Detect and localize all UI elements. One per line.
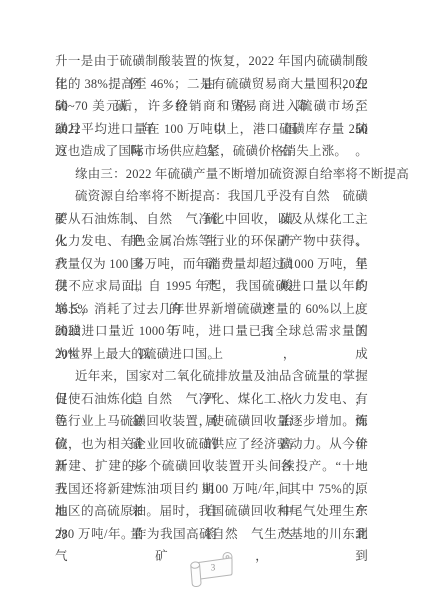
document-line: 地区的高硫原油。届时，我国硫磺回收和尾气处理生产力量将达到 xyxy=(55,500,368,523)
document-line: 50~70 美元后，许多经销商和贸易商进入硫磺市场，2022 年中国硫 xyxy=(55,95,368,118)
document-line: 升一是由于硫磺制酸装置的恢复，2022 年国内硫磺制酸比例由 2022 xyxy=(55,50,368,73)
document-line: 供不应求局面。自 1995 年起，我国硫磺进口量以年均 36.5%的速度 xyxy=(55,275,368,298)
document-line: 磺月平均进口量在 100 万吨以上，港口硫磺库存量 250 万吨左右。 xyxy=(55,118,368,141)
scroll-banner-icon: 3 xyxy=(185,549,239,593)
document-line: 硫磺进口量近 1000 万吨，进口量已占全球总需求量的 20%以上，成 xyxy=(55,320,368,343)
document-line: 增长，消耗了过去几年世界新增硫磺产量的 60%以上。2022 年我国 xyxy=(55,298,368,321)
page-number-ornament: 3 xyxy=(185,549,239,593)
document-line: 位，也为相关企业回收硫磺供应了经济驱动力。从今年开头，各地 xyxy=(55,433,368,456)
document-heading-line: 缘由三：2022 年硫磺产量不断增加硫资源自给率将不断提高 xyxy=(55,163,368,186)
document-line: 火力发电、有色金属冶炼等行业的环保副产物中获得。我国硫磺年 xyxy=(55,230,368,253)
document-line: 年的 38%提高至 46%；二是有硫磺贸易商大量囤积，在硫磺价格降至 xyxy=(55,73,368,96)
document-line: 280 万吨/年。作为我国高硫自然 气生产基地的川东北气矿，到 xyxy=(55,523,368,546)
document-line: 产量仅为 100 多万吨，而年消费量却超过 1000 万吨，呈现出严峻的 xyxy=(55,253,368,276)
document-text-block: 升一是由于硫磺制酸装置的恢复，2022 年国内硫磺制酸比例由 2022 年的 3… xyxy=(55,50,368,545)
document-line: 等行业上马硫磺回收装置，使硫磺回收量逐步增加。而硫磺的高价 xyxy=(55,410,368,433)
page-number: 3 xyxy=(211,563,216,573)
document-line: 近年来，国家对二氧化硫排放量及油品含硫量的掌握日趋严格， xyxy=(55,365,368,388)
document-line: 要从石油炼制、自然 气净化中回收，以及从煤化工、化肥生产、 xyxy=(55,208,368,231)
document-line: 我国还将新建炼油项目约 9100 万吨/年，其中 75%的原油来自中东 xyxy=(55,478,368,501)
document-line: 这也造成了国际市场供应趋紧，硫磺价格消失上涨。 xyxy=(55,140,368,163)
document-page: 升一是由于硫磺制酸装置的恢复，2022 年国内硫磺制酸比例由 2022 年的 3… xyxy=(0,0,424,600)
document-line: 新建、扩建的多个硫磺回收装置开头间续投产。“十一五”期间， xyxy=(55,455,368,478)
document-line: 促使石油炼化、自然 气净化、煤化工、火力发电、有色金属冶炼 xyxy=(55,388,368,411)
document-line: 硫资源自给率将不断提高：我国几乎没有自然 硫磺矿，硫磺主 xyxy=(55,185,368,208)
